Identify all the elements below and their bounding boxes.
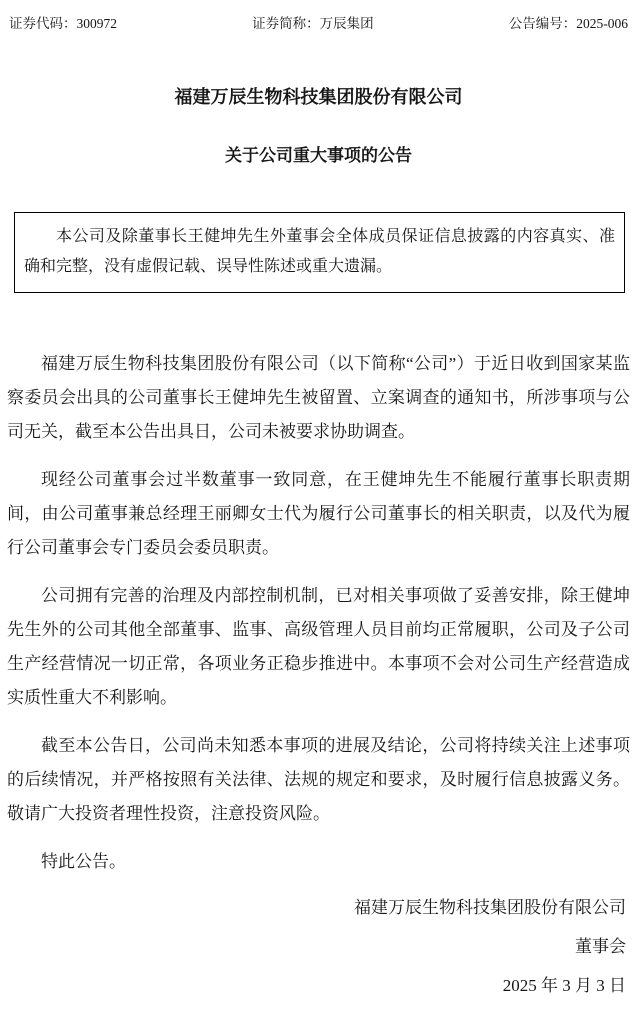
signature-board: 董事会: [7, 930, 626, 964]
document-header: 证券代码：300972 证券简称：万辰集团 公告编号：2025-006: [7, 14, 630, 34]
stock-name: 证券简称：万辰集团: [252, 14, 374, 34]
announcement-document: 证券代码：300972 证券简称：万辰集团 公告编号：2025-006 福建万辰…: [0, 0, 640, 1010]
paragraph-duty-delegation: 现经公司董事会过半数董事一致同意，在王健坤先生不能履行董事长职责期间，由公司董事…: [7, 463, 630, 565]
disclaimer-box: 本公司及除董事长王健坤先生外董事会全体成员保证信息披露的内容真实、准确和完整，没…: [14, 212, 625, 293]
closing-statement: 特此公告。: [7, 845, 630, 879]
paragraph-governance-status: 公司拥有完善的治理及内部控制机制，已对相关事项做了妥善安排，除王健坤先生外的公司…: [7, 579, 630, 715]
announcement-title: 关于公司重大事项的公告: [7, 144, 630, 168]
signature-date: 2025 年 3 月 3 日: [7, 969, 626, 1003]
company-title: 福建万辰生物科技集团股份有限公司: [7, 84, 630, 110]
signature-block: 福建万辰生物科技集团股份有限公司 董事会 2025 年 3 月 3 日: [7, 891, 630, 1003]
announcement-number: 公告编号：2025-006: [509, 14, 628, 34]
stock-code: 证券代码：300972: [9, 14, 117, 34]
paragraph-disclosure-commitment: 截至本公告日，公司尚未知悉本事项的进展及结论，公司将持续关注上述事项的后续情况，…: [7, 729, 630, 831]
paragraph-notice-received: 福建万辰生物科技集团股份有限公司（以下简称“公司”）于近日收到国家某监察委员会出…: [7, 347, 630, 449]
signature-company: 福建万辰生物科技集团股份有限公司: [7, 891, 626, 925]
